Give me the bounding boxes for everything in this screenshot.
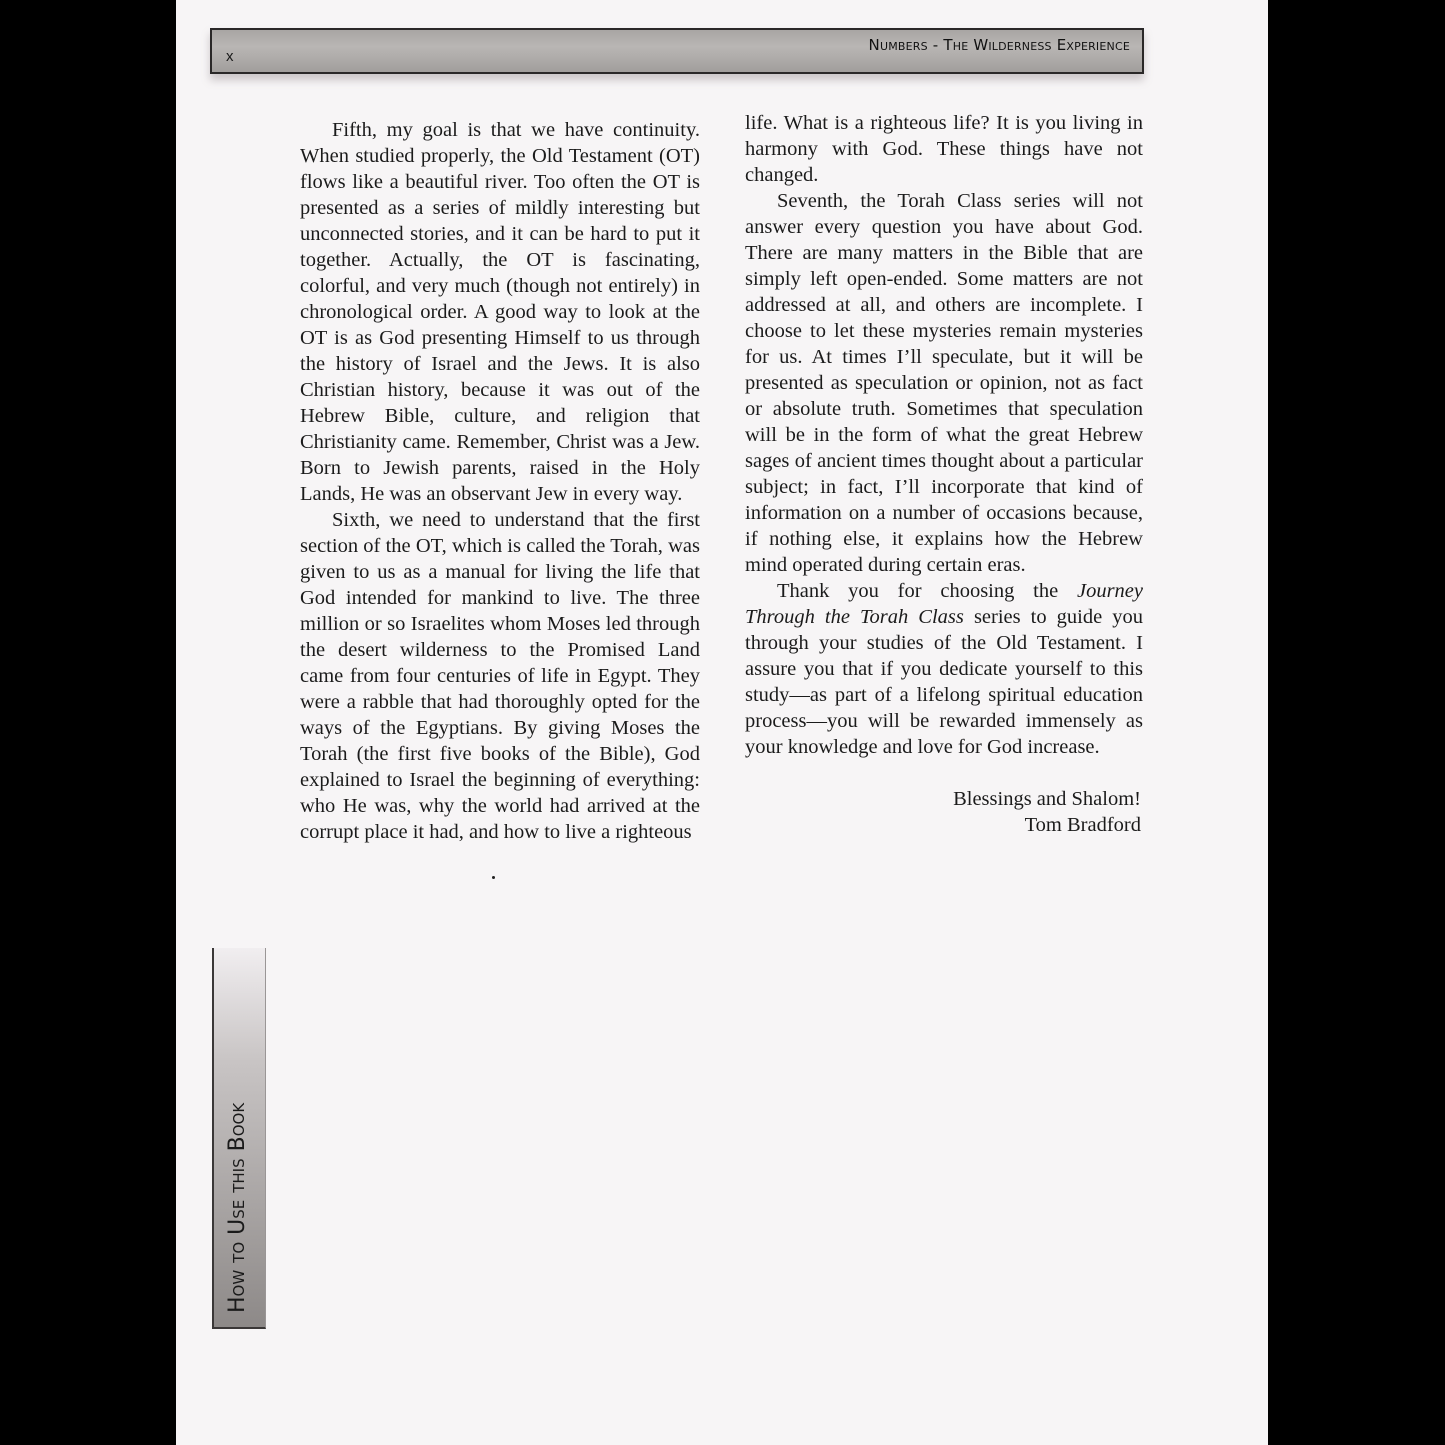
thanks-text-start: Thank you for choosing the (777, 580, 1077, 602)
closing-line: Blessings and Shalom! (876, 786, 1141, 812)
paragraph-continuation: life. What is a righteous life? It is yo… (745, 110, 1143, 188)
signature-block: Blessings and Shalom! Tom Bradford (876, 786, 1141, 838)
thanks-text-end: series to guide you through your studies… (745, 606, 1143, 758)
page-number: x (226, 48, 234, 65)
running-title: Numbers - The Wilderness Experience (869, 36, 1130, 54)
stray-mark (492, 876, 495, 879)
section-side-tab: How to Use this Book (212, 948, 266, 1329)
paragraph-seventh: Seventh, the Torah Class series will not… (745, 188, 1143, 578)
paragraph-thanks: Thank you for choosing the Journey Throu… (745, 578, 1143, 760)
running-header-bar: x Numbers - The Wilderness Experience (210, 28, 1144, 74)
book-page: x Numbers - The Wilderness Experience Fi… (176, 0, 1268, 1445)
paragraph-sixth: Sixth, we need to understand that the fi… (300, 507, 700, 845)
paragraph-fifth: Fifth, my goal is that we have continuit… (300, 117, 700, 507)
section-tab-label: How to Use this Book (225, 1103, 250, 1313)
left-column: Fifth, my goal is that we have continuit… (300, 117, 700, 845)
author-name: Tom Bradford (876, 812, 1141, 838)
right-column: life. What is a righteous life? It is yo… (745, 110, 1143, 760)
